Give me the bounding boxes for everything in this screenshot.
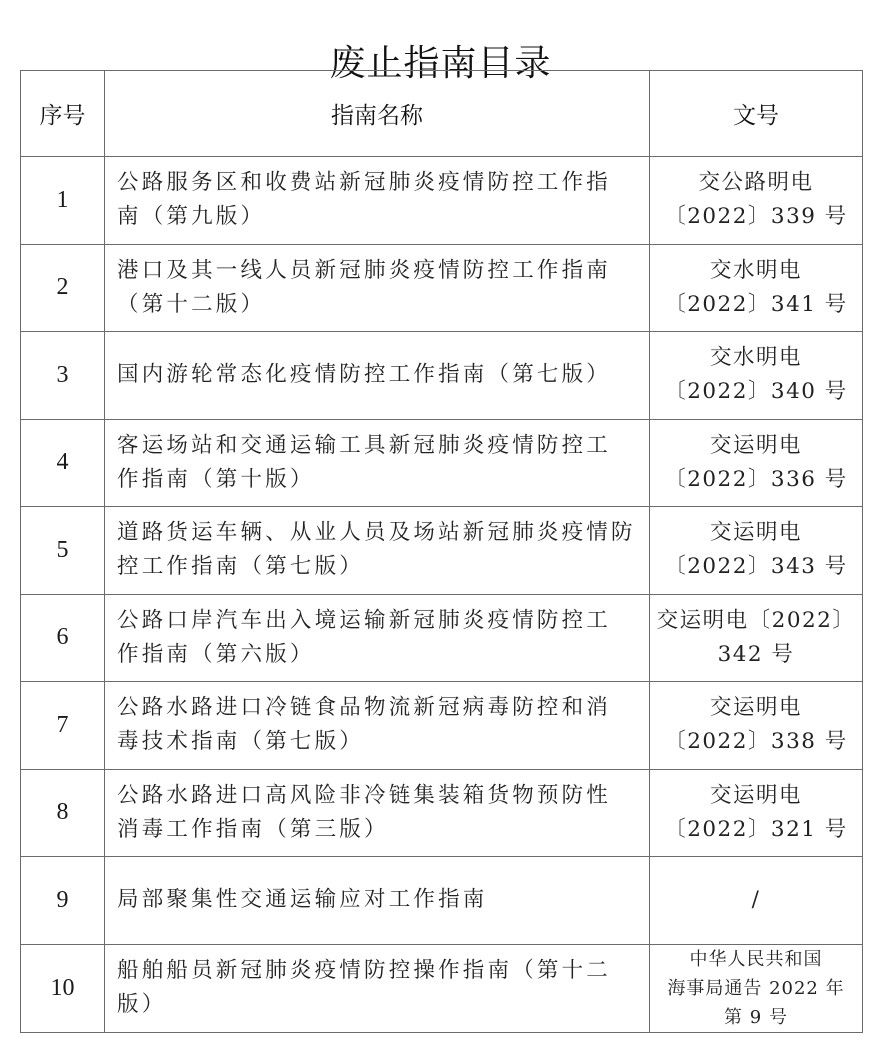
table-header-row: 序号 指南名称 文号 (21, 71, 863, 157)
row-doc-number: 交水明电〔2022〕340 号 (650, 332, 863, 420)
doc-line: 〔2022〕336 号 (654, 463, 858, 497)
row-doc-number: / (650, 857, 863, 945)
abolished-guidelines-table: 序号 指南名称 文号 1 公路服务区和收费站新冠肺炎疫情防控工作指南（第九版） … (20, 70, 863, 1033)
doc-line: 〔2022〕321 号 (654, 813, 858, 847)
doc-line: / (654, 883, 858, 917)
doc-line: 〔2022〕343 号 (654, 550, 858, 584)
row-index: 10 (21, 944, 105, 1032)
table-row: 5 道路货运车辆、从业人员及场站新冠肺炎疫情防控工作指南（第七版） 交运明电〔2… (21, 507, 863, 595)
row-index: 6 (21, 594, 105, 682)
name-line: 公路口岸汽车出入境运输新冠肺炎疫情防控工 (117, 604, 637, 638)
name-line: 公路水路进口冷链食品物流新冠病毒防控和消 (117, 691, 637, 725)
doc-line: 〔2022〕341 号 (654, 288, 858, 322)
row-index: 9 (21, 857, 105, 945)
header-index: 序号 (21, 71, 105, 157)
row-doc-number: 中华人民共和国海事局通告 2022 年第 9 号 (650, 944, 863, 1032)
doc-line: 海事局通告 2022 年 (654, 974, 858, 1003)
name-line: 控工作指南（第七版） (117, 550, 637, 584)
name-line: 公路水路进口高风险非冷链集装箱货物预防性 (117, 779, 637, 813)
row-guideline-name: 客运场站和交通运输工具新冠肺炎疫情防控工作指南（第十版） (105, 419, 650, 507)
doc-line: 〔2022〕340 号 (654, 375, 858, 409)
doc-line: 交运明电 (654, 691, 858, 725)
doc-line: 交运明电 (654, 779, 858, 813)
doc-line: 交运明电 (654, 429, 858, 463)
row-guideline-name: 道路货运车辆、从业人员及场站新冠肺炎疫情防控工作指南（第七版） (105, 507, 650, 595)
row-guideline-name: 港口及其一线人员新冠肺炎疫情防控工作指南（第十二版） (105, 244, 650, 332)
row-index: 8 (21, 769, 105, 857)
table-row: 4 客运场站和交通运输工具新冠肺炎疫情防控工作指南（第十版） 交运明电〔2022… (21, 419, 863, 507)
name-line: 道路货运车辆、从业人员及场站新冠肺炎疫情防 (117, 516, 637, 550)
row-doc-number: 交运明电〔2022〕343 号 (650, 507, 863, 595)
doc-line: 中华人民共和国 (654, 945, 858, 974)
row-index: 1 (21, 157, 105, 245)
doc-line: 交公路明电 (654, 166, 858, 200)
doc-line: 交运明电〔2022〕 (654, 604, 858, 638)
row-guideline-name: 公路口岸汽车出入境运输新冠肺炎疫情防控工作指南（第六版） (105, 594, 650, 682)
row-index: 4 (21, 419, 105, 507)
table-row: 10 船舶船员新冠肺炎疫情防控操作指南（第十二版） 中华人民共和国海事局通告 2… (21, 944, 863, 1032)
doc-line: 交水明电 (654, 341, 858, 375)
header-doc-no: 文号 (650, 71, 863, 157)
row-doc-number: 交运明电〔2022〕338 号 (650, 682, 863, 770)
row-doc-number: 交运明电〔2022〕342 号 (650, 594, 863, 682)
table-row: 9 局部聚集性交通运输应对工作指南 / (21, 857, 863, 945)
doc-line: 交运明电 (654, 516, 858, 550)
table-row: 8 公路水路进口高风险非冷链集装箱货物预防性消毒工作指南（第三版） 交运明电〔2… (21, 769, 863, 857)
doc-line: 第 9 号 (654, 1003, 858, 1032)
name-line: 版） (117, 988, 637, 1022)
name-line: 船舶船员新冠肺炎疫情防控操作指南（第十二 (117, 954, 637, 988)
row-doc-number: 交运明电〔2022〕321 号 (650, 769, 863, 857)
name-line: 消毒工作指南（第三版） (117, 813, 637, 847)
row-guideline-name: 公路水路进口高风险非冷链集装箱货物预防性消毒工作指南（第三版） (105, 769, 650, 857)
table-row: 7 公路水路进口冷链食品物流新冠病毒防控和消毒技术指南（第七版） 交运明电〔20… (21, 682, 863, 770)
row-index: 7 (21, 682, 105, 770)
table-row: 1 公路服务区和收费站新冠肺炎疫情防控工作指南（第九版） 交公路明电〔2022〕… (21, 157, 863, 245)
name-line: 作指南（第十版） (117, 463, 637, 497)
name-line: （第十二版） (117, 288, 637, 322)
doc-line: 342 号 (654, 638, 858, 672)
table-row: 3 国内游轮常态化疫情防控工作指南（第七版） 交水明电〔2022〕340 号 (21, 332, 863, 420)
row-guideline-name: 公路服务区和收费站新冠肺炎疫情防控工作指南（第九版） (105, 157, 650, 245)
name-line: 毒技术指南（第七版） (117, 725, 637, 759)
row-index: 2 (21, 244, 105, 332)
table-row: 2 港口及其一线人员新冠肺炎疫情防控工作指南（第十二版） 交水明电〔2022〕3… (21, 244, 863, 332)
row-index: 5 (21, 507, 105, 595)
doc-line: 〔2022〕339 号 (654, 200, 858, 234)
doc-line: 〔2022〕338 号 (654, 725, 858, 759)
row-guideline-name: 公路水路进口冷链食品物流新冠病毒防控和消毒技术指南（第七版） (105, 682, 650, 770)
name-line: 港口及其一线人员新冠肺炎疫情防控工作指南 (117, 254, 637, 288)
name-line: 局部聚集性交通运输应对工作指南 (117, 883, 637, 917)
name-line: 国内游轮常态化疫情防控工作指南（第七版） (117, 358, 637, 392)
table-row: 6 公路口岸汽车出入境运输新冠肺炎疫情防控工作指南（第六版） 交运明电〔2022… (21, 594, 863, 682)
row-guideline-name: 局部聚集性交通运输应对工作指南 (105, 857, 650, 945)
header-name: 指南名称 (105, 71, 650, 157)
row-guideline-name: 国内游轮常态化疫情防控工作指南（第七版） (105, 332, 650, 420)
row-doc-number: 交公路明电〔2022〕339 号 (650, 157, 863, 245)
row-doc-number: 交运明电〔2022〕336 号 (650, 419, 863, 507)
row-guideline-name: 船舶船员新冠肺炎疫情防控操作指南（第十二版） (105, 944, 650, 1032)
name-line: 公路服务区和收费站新冠肺炎疫情防控工作指 (117, 166, 637, 200)
name-line: 南（第九版） (117, 200, 637, 234)
name-line: 作指南（第六版） (117, 638, 637, 672)
row-doc-number: 交水明电〔2022〕341 号 (650, 244, 863, 332)
name-line: 客运场站和交通运输工具新冠肺炎疫情防控工 (117, 429, 637, 463)
row-index: 3 (21, 332, 105, 420)
doc-line: 交水明电 (654, 254, 858, 288)
